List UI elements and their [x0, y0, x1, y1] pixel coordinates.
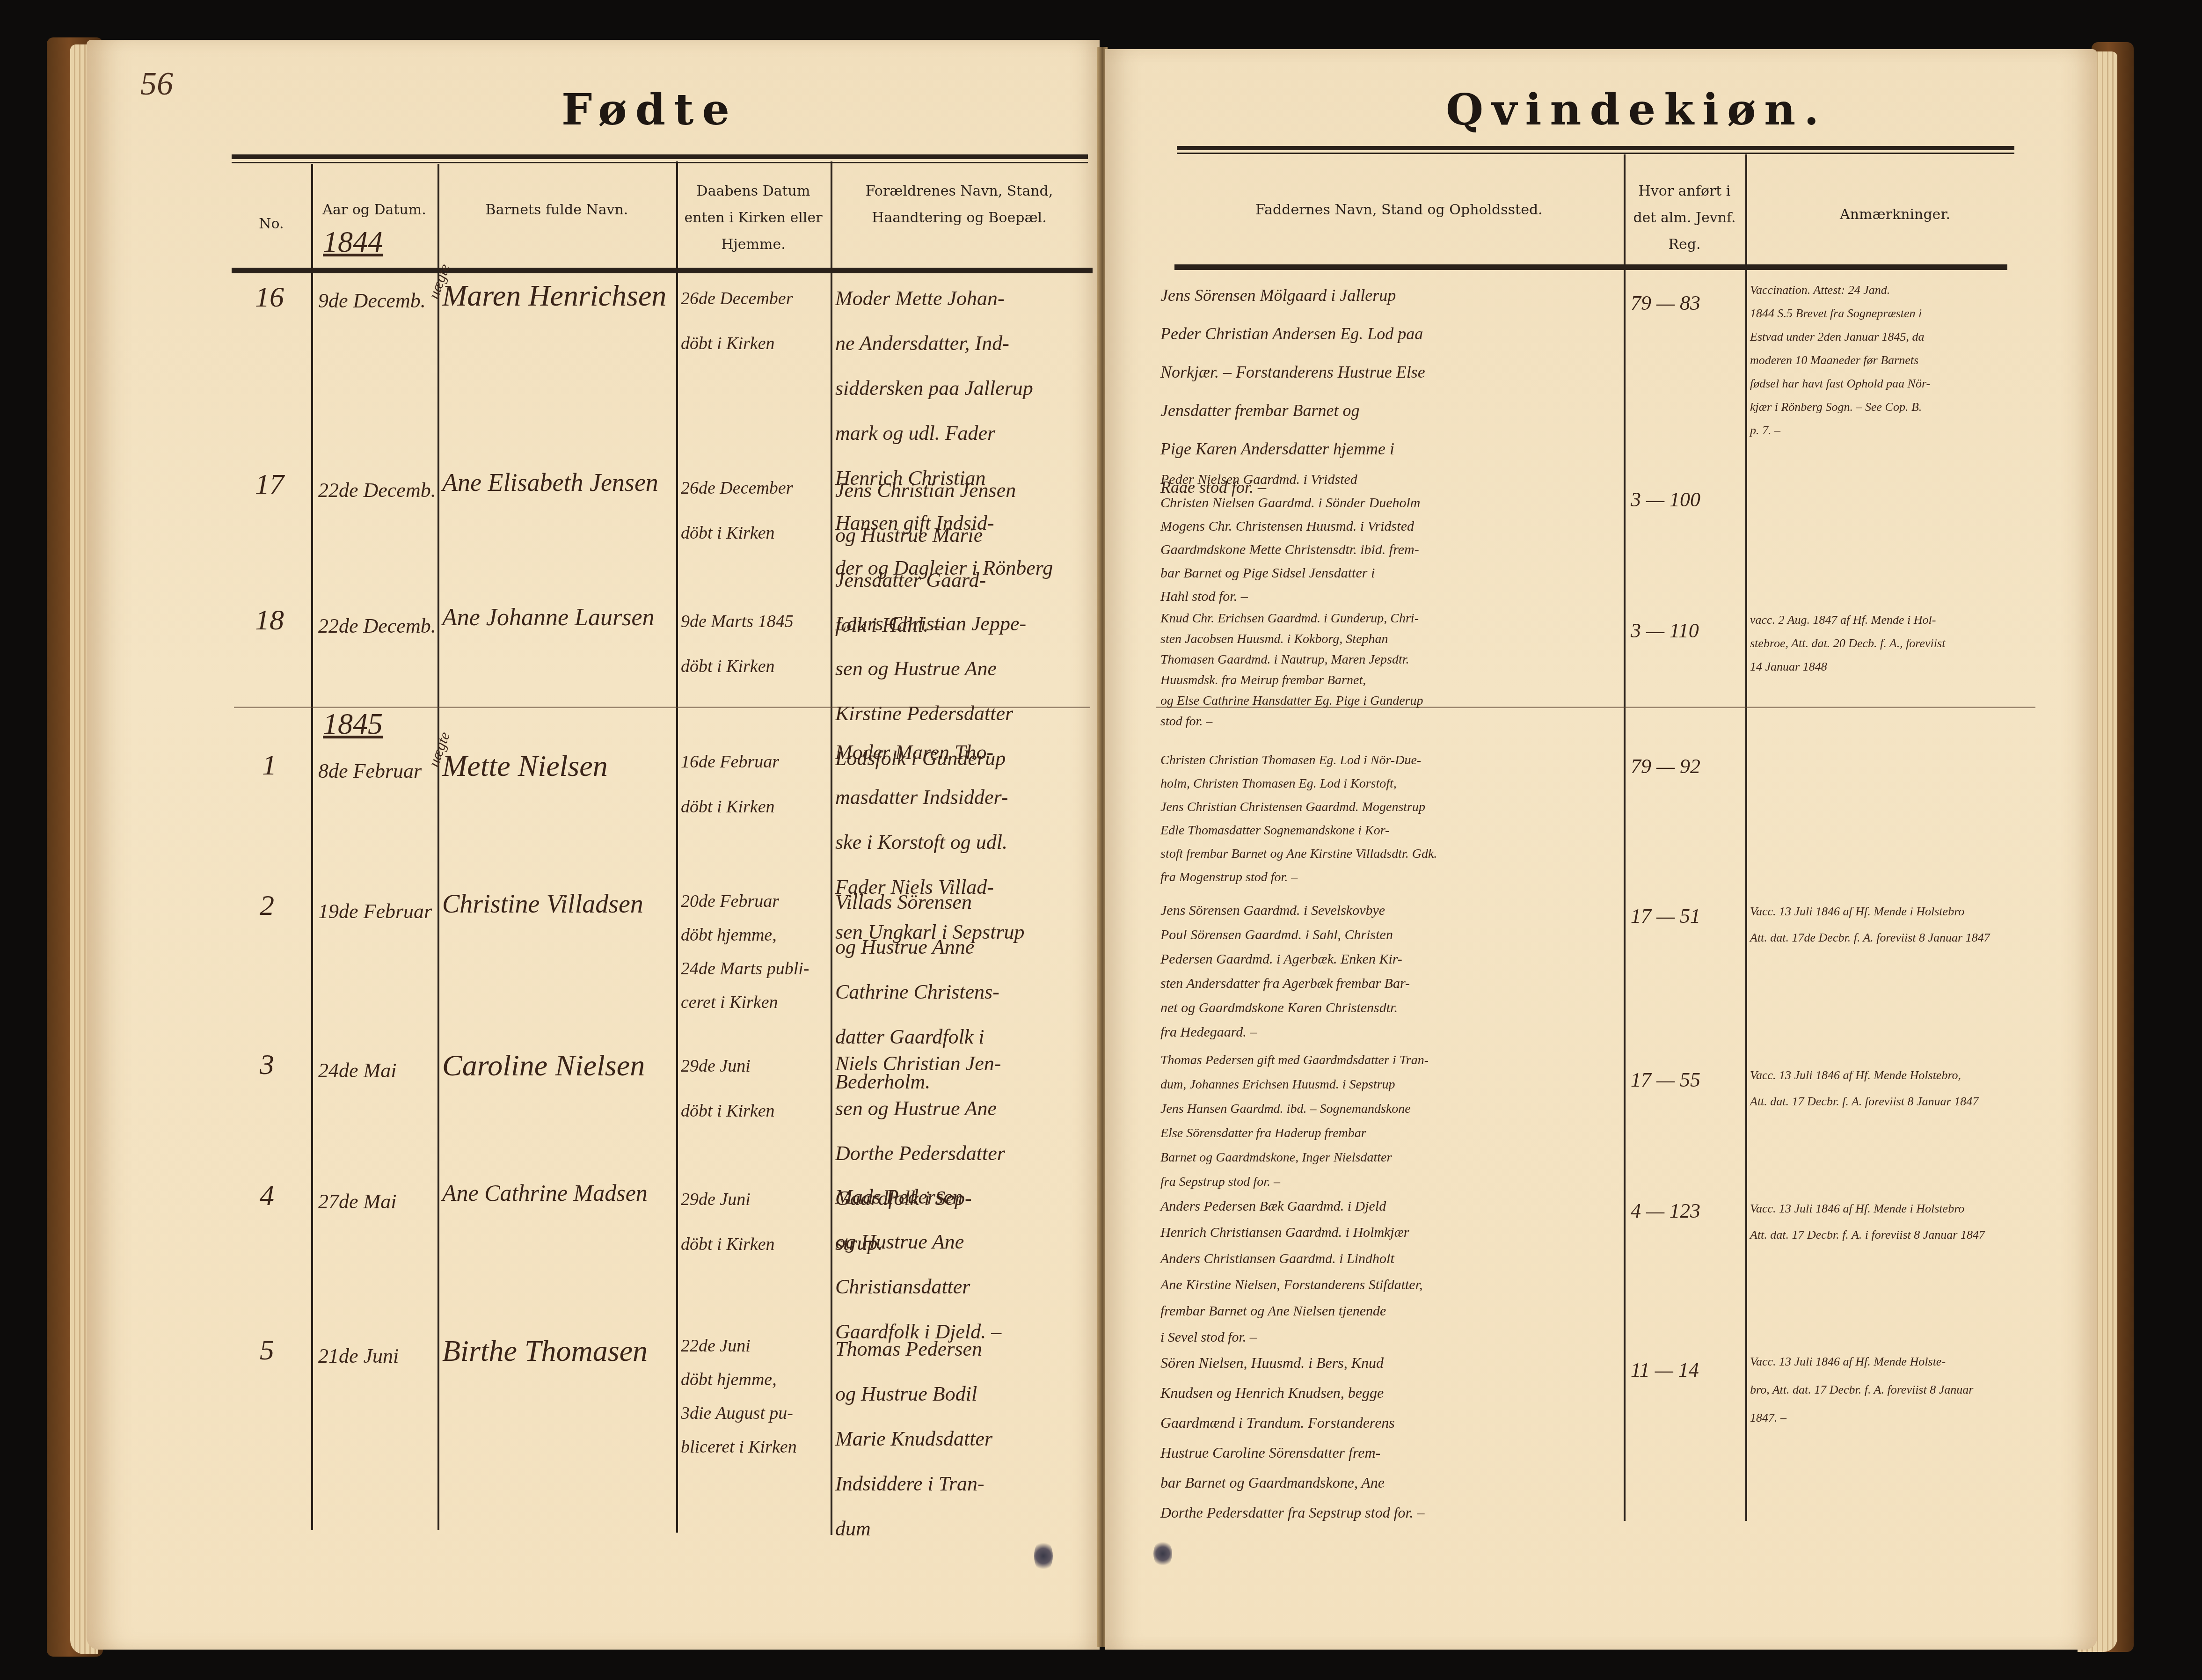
page-number: 56	[140, 66, 173, 103]
child-name: Ane Cathrine Madsen	[442, 1179, 648, 1206]
register-ref: 3 — 110	[1631, 608, 1699, 653]
entry-no: 2	[260, 889, 274, 922]
col-header-date: Aar og Datum.	[314, 197, 435, 223]
entry-date: 22de Decemb.	[318, 604, 436, 649]
entry-no: 4	[260, 1179, 274, 1213]
child-name: Ane Johanne Laursen	[442, 604, 654, 631]
baptism-date: 20de Februardöbt hjemme,24de Marts publi…	[681, 884, 809, 1019]
header-bottom-rule-left	[232, 268, 1093, 273]
col-divider	[437, 164, 439, 1530]
register-ref: 17 — 51	[1631, 894, 1700, 939]
header-top-rule-right-thin	[1177, 153, 2014, 154]
parents: Thomas Pedersenog Hustrue BodilMarie Knu…	[835, 1327, 992, 1551]
child-name: Christine Villadsen	[442, 889, 643, 919]
header-bottom-rule-right	[1174, 264, 2007, 270]
year-1845: 1845	[323, 707, 383, 741]
child-name: Maren Henrichsen	[442, 278, 666, 313]
right-page-heading: Qvindekiøn.	[1446, 84, 1827, 135]
godparents: Jens Sörensen Gaardmd. i SevelskovbyePou…	[1160, 898, 1410, 1045]
entry-date: 9de Decemb.	[318, 278, 426, 323]
entry-no: 17	[255, 468, 284, 501]
left-page-heading: Fødte	[561, 84, 738, 135]
binding-hole	[1034, 1540, 1053, 1572]
baptism-date: 9de Marts 1845döbt i Kirken	[681, 599, 794, 689]
entry-date: 8de Februar	[318, 749, 422, 794]
remarks: Vaccination. Attest: 24 Jand.1844 S.5 Br…	[1750, 278, 1930, 442]
binding-hole	[1153, 1540, 1172, 1568]
col-header-godparents: Faddernes Navn, Stand og Opholdssted.	[1179, 197, 1619, 223]
entry-date: 21de Juni	[318, 1334, 399, 1379]
entry-no: 3	[260, 1048, 274, 1081]
col-divider	[311, 164, 313, 1530]
remarks: Vacc. 13 Juli 1846 af Hf. Mende Holstebr…	[1750, 1062, 1978, 1115]
child-name: Birthe Thomasen	[442, 1334, 648, 1368]
godparents: Knud Chr. Erichsen Gaardmd. i Gunderup, …	[1160, 608, 1423, 732]
godparents: Christen Christian Thomasen Eg. Lod i Nö…	[1160, 749, 1437, 889]
register-ref: 4 — 123	[1631, 1189, 1700, 1234]
godparents: Anders Pedersen Bæk Gaardmd. i DjeldHenr…	[1160, 1193, 1423, 1351]
header-top-rule-left-thin	[232, 162, 1088, 163]
child-name: Ane Elisabeth Jensen	[442, 468, 658, 497]
register-ref: 11 — 14	[1631, 1348, 1699, 1393]
remarks: vacc. 2 Aug. 1847 af Hf. Mende i Hol-ste…	[1750, 608, 1945, 679]
baptism-date: 26de Decemberdöbt i Kirken	[681, 466, 793, 555]
col-header-remarks: Anmærkninger.	[1750, 201, 2040, 228]
col-header-baptism: Daabens Datum enten i Kirken eller Hjemm…	[678, 178, 828, 258]
entry-date: 27de Mai	[318, 1179, 396, 1224]
entry-date: 19de Februar	[318, 889, 432, 934]
col-divider	[831, 161, 832, 1535]
baptism-date: 29de Junidöbt i Kirken	[681, 1177, 775, 1267]
col-divider	[1624, 154, 1626, 1521]
child-name: Mette Nielsen	[442, 749, 608, 783]
baptism-date: 26de Decemberdöbt i Kirken	[681, 276, 793, 366]
godparents: Sören Nielsen, Huusmd. i Bers, KnudKnuds…	[1160, 1348, 1424, 1527]
header-top-rule-left	[232, 154, 1088, 159]
baptism-date: 22de Junidöbt hjemme,3die August pu-blic…	[681, 1329, 797, 1464]
register-ref: 3 — 100	[1631, 477, 1700, 522]
register-ref: 79 — 83	[1631, 281, 1700, 326]
header-top-rule-right	[1177, 146, 2014, 150]
entry-date: 22de Decemb.	[318, 468, 436, 513]
godparents: Peder Nielsen Gaardmd. i VridstedChriste…	[1160, 468, 1421, 608]
entry-no: 1	[262, 749, 277, 782]
remarks: Vacc. 13 Juli 1846 af Hf. Mende Holste-b…	[1750, 1348, 1973, 1432]
godparents: Thomas Pedersen gift med Gaardmdsdatter …	[1160, 1048, 1429, 1194]
year-1844: 1844	[323, 225, 383, 259]
col-header-no: No.	[234, 211, 309, 237]
register-ref: 17 — 55	[1631, 1058, 1700, 1103]
entry-no: 16	[255, 281, 284, 314]
register-ref: 79 — 92	[1631, 744, 1700, 789]
entry-no: 5	[260, 1334, 274, 1367]
col-header-register-ref: Hvor anført i det alm. Jevnf. Reg.	[1626, 178, 1743, 258]
col-header-name: Barnets fulde Navn.	[440, 197, 674, 223]
col-header-parents: Forældrenes Navn, Stand, Haandtering og …	[833, 178, 1086, 231]
baptism-date: 29de Junidöbt i Kirken	[681, 1044, 775, 1133]
entry-no: 18	[255, 604, 284, 637]
col-divider	[1745, 154, 1747, 1521]
remarks: Vacc. 13 Juli 1846 af Hf. Mende i Holste…	[1750, 898, 1990, 951]
col-divider	[676, 161, 678, 1533]
entry-date: 24de Mai	[318, 1048, 396, 1093]
remarks: Vacc. 13 Juli 1846 af Hf. Mende i Holste…	[1750, 1196, 1985, 1248]
baptism-date: 16de Februardöbt i Kirken	[681, 739, 779, 829]
child-name: Caroline Nielsen	[442, 1048, 645, 1083]
